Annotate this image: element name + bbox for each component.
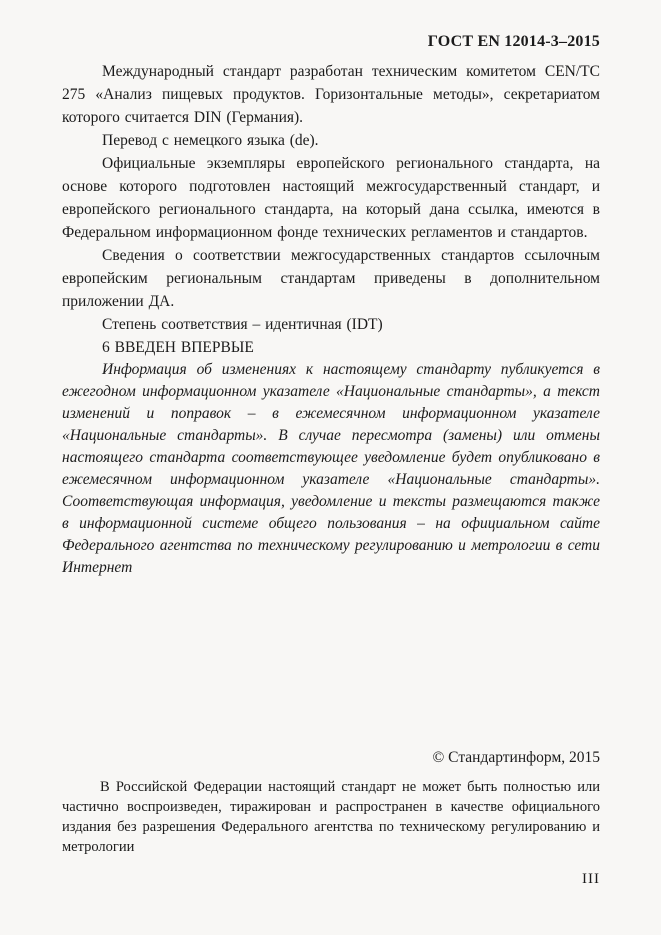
foreword-paragraph-official-copies: Официальные экземпляры европейского реги… bbox=[62, 152, 600, 244]
copyright-line: © Стандартинформ, 2015 bbox=[62, 747, 600, 769]
foreword-paragraph-translation: Перевод с немецкого языка (de). bbox=[62, 129, 600, 152]
foreword-paragraph-developer: Международный стандарт разработан технич… bbox=[62, 60, 600, 129]
foreword-paragraph-conformity-degree: Степень соответствия – идентичная (IDT) bbox=[62, 313, 600, 336]
document-page: ГОСТ EN 12014-3–2015 Международный станд… bbox=[0, 0, 661, 935]
reproduction-restriction-paragraph: В Российской Федерации настоящий стандар… bbox=[62, 777, 600, 857]
page-bottom-block: © Стандартинформ, 2015 В Российской Феде… bbox=[62, 747, 600, 857]
amendment-notice-paragraph: Информация об изменениях к настоящему ст… bbox=[62, 359, 600, 579]
foreword-paragraph-correspondence-info: Сведения о соответствии межгосударственн… bbox=[62, 244, 600, 313]
page-number: III bbox=[582, 871, 600, 888]
foreword-paragraph-first-introduced: 6 ВВЕДЕН ВПЕРВЫЕ bbox=[62, 336, 600, 359]
page-content: ГОСТ EN 12014-3–2015 Международный станд… bbox=[62, 30, 600, 579]
document-designation-header: ГОСТ EN 12014-3–2015 bbox=[62, 30, 600, 53]
